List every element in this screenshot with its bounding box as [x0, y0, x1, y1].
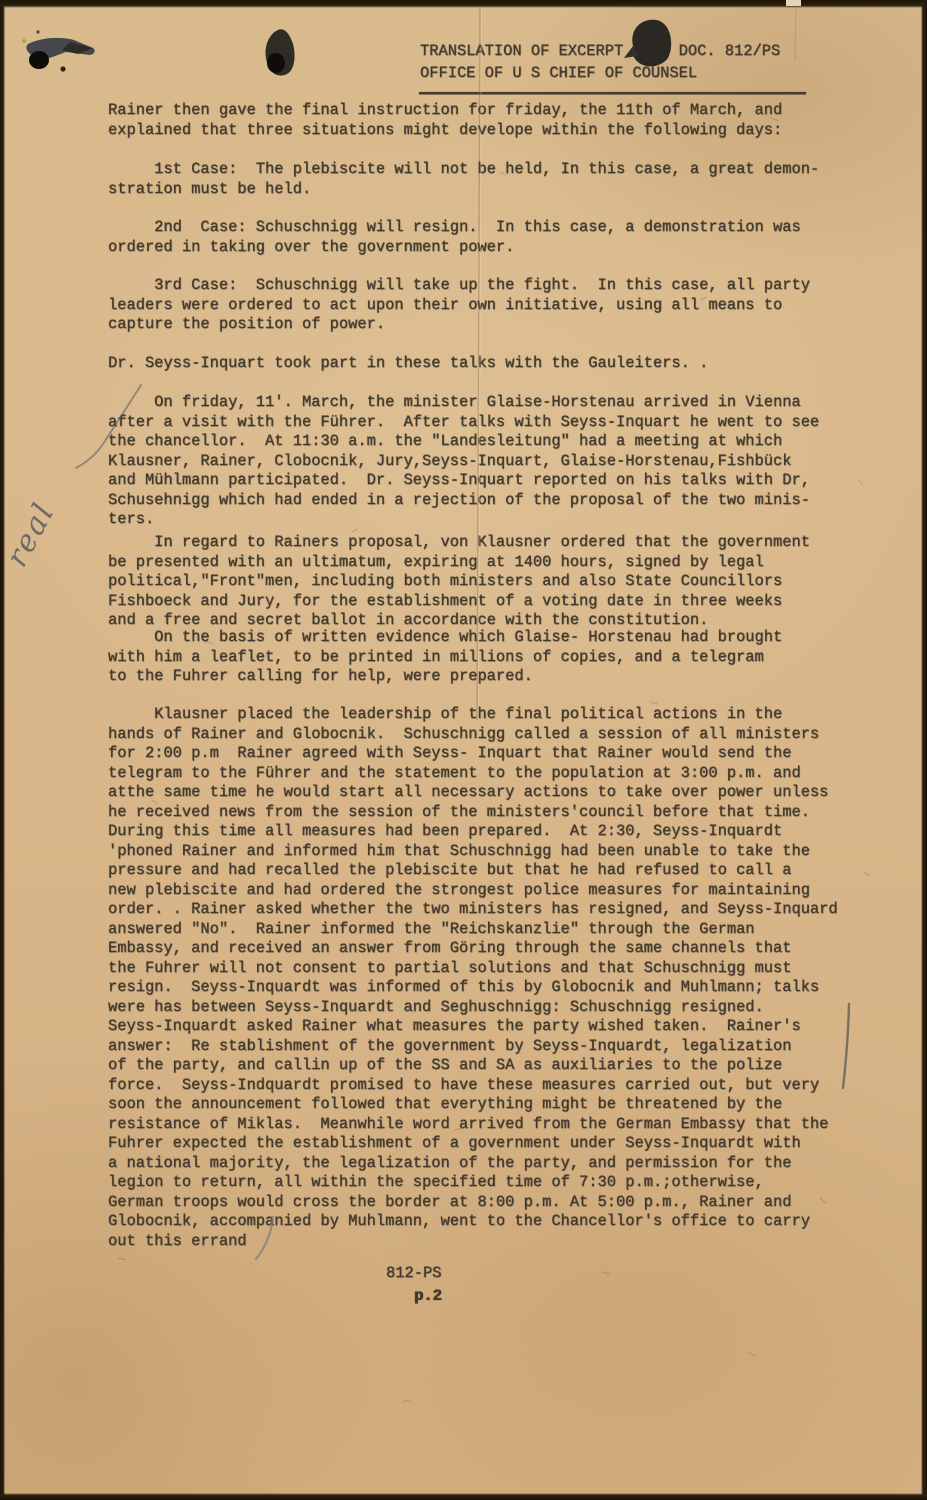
paragraph-1st-case: 1st Case: The plebiscite will not be hel…: [108, 160, 819, 199]
paragraph-gauleiters: Dr. Seyss-Inquart took part in these tal…: [108, 354, 708, 374]
footer-doc-number: 812-PS: [386, 1264, 441, 1284]
photo-edge-tear-notch: [786, 0, 801, 6]
ink-blot-top-left: [22, 30, 95, 71]
ink-blot-round: [266, 29, 295, 75]
margin-handwritten-note: real: [0, 497, 62, 573]
header-underline: [419, 92, 806, 94]
paragraph-on-friday: On friday, 11'. March, the minister Glai…: [108, 393, 819, 530]
photo-edge-bottom: [0, 1493, 927, 1500]
photo-edge-left: [0, 0, 5, 1500]
paragraph-3rd-case: 3rd Case: Schuschnigg will take up the f…: [108, 276, 810, 335]
document-subtitle: OFFICE OF U S CHIEF OF COUNSEL: [420, 64, 697, 84]
pencil-stroke-right-margin: [843, 1004, 849, 1088]
paragraph-intro: Rainer then gave the final instruction f…: [108, 101, 782, 140]
paragraph-evidence: On the basis of written evidence which G…: [108, 628, 782, 687]
paragraph-ultimatum: In regard to Rainers proposal, von Klaus…: [108, 533, 810, 631]
paragraph-klausner: Klausner placed the leadership of the fi…: [108, 705, 838, 1251]
footer-page-number: p.2: [414, 1287, 442, 1307]
document-page: TRANSLATION OF EXCERPT FROM DOC. 812/PS …: [0, 0, 927, 1500]
paragraph-2nd-case: 2nd Case: Schuschnigg will resign. In th…: [108, 218, 801, 257]
document-title: TRANSLATION OF EXCERPT FROM DOC. 812/PS: [420, 42, 780, 62]
photo-edge-right: [921, 0, 927, 1500]
